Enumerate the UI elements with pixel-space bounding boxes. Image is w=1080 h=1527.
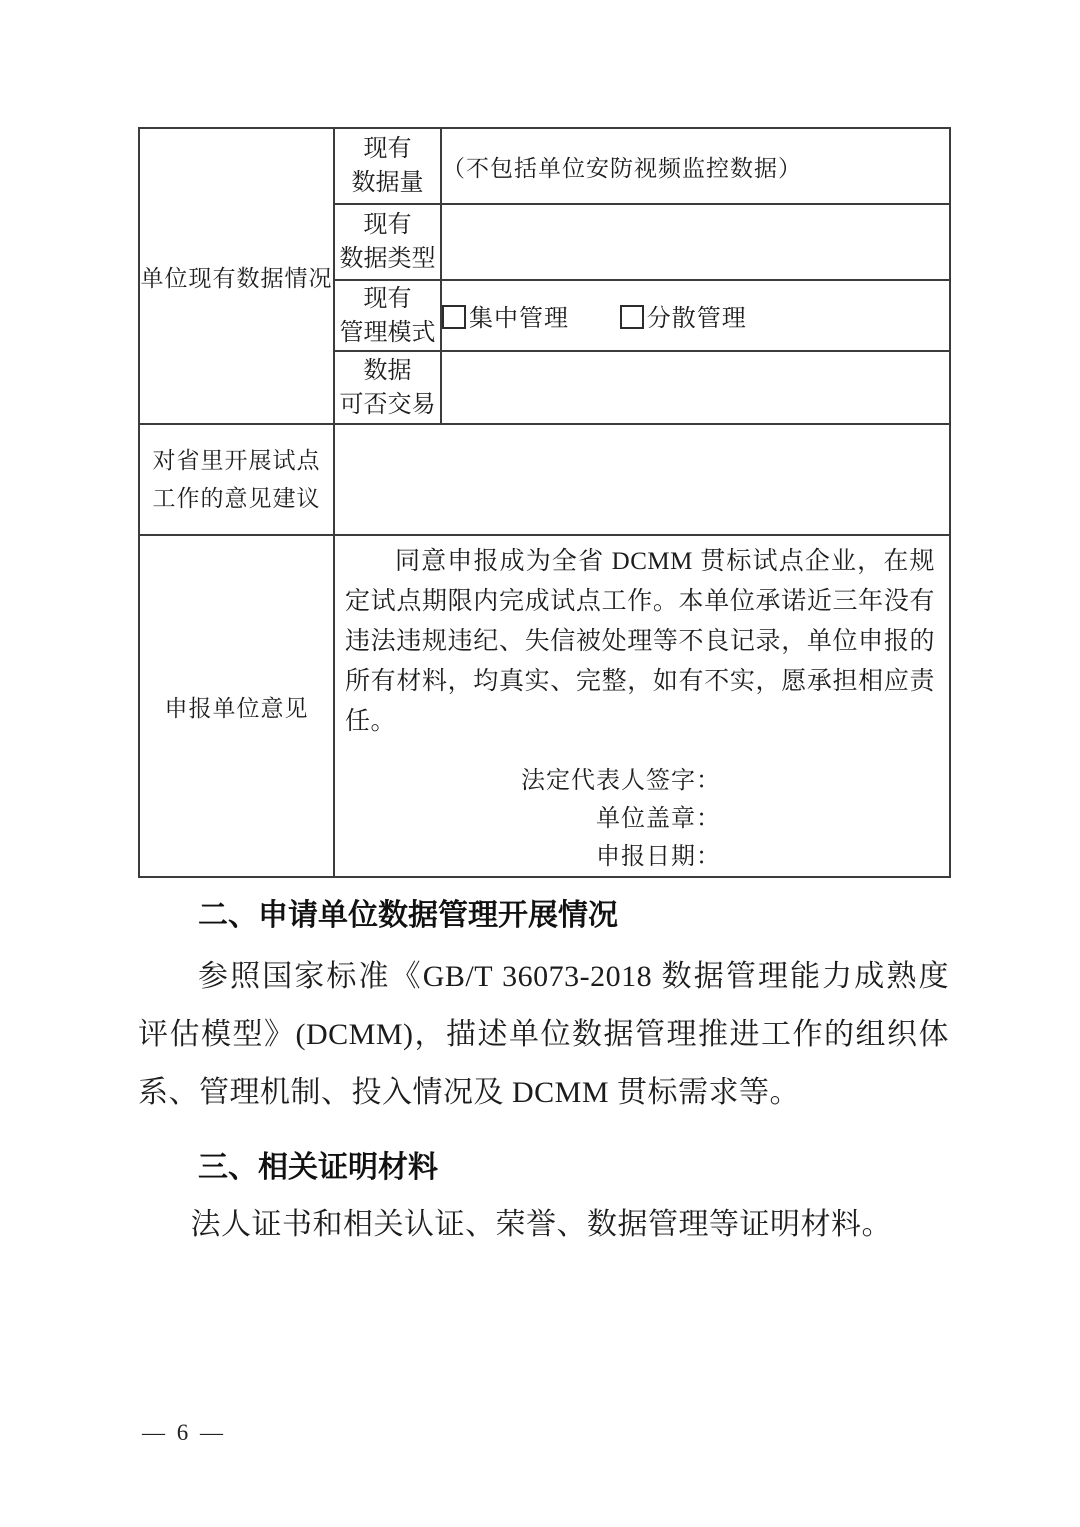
data-tradeable-label-line1: 数据 [335,354,440,388]
data-tradeable-label-line2: 可否交易 [335,388,440,422]
pilot-suggestions-label-line2: 工作的意见建议 [140,480,333,518]
section-2-heading: 二、申请单位数据管理开展情况 [138,894,949,938]
row-pilot-suggestions: 对省里开展试点 工作的意见建议 [139,424,950,535]
data-type-label-line2: 数据类型 [335,242,440,276]
management-mode-label-line1: 现有 [335,282,440,316]
legal-representative-signature-line: 法定代表人签字： [335,762,721,800]
document-page: 单位现有数据情况 现有 数据量 （不包括单位安防视频监控数据） 现有 数据类型 [0,0,1080,1527]
page-content: 单位现有数据情况 现有 数据量 （不包括单位安防视频监控数据） 现有 数据类型 [138,127,949,1248]
checkbox-icon[interactable] [442,305,466,329]
application-date-line: 申报日期： [335,838,721,876]
applicant-opinion-label-cell: 申报单位意见 [139,535,334,877]
data-volume-label-line1: 现有 [335,132,440,166]
pilot-suggestions-label-cell: 对省里开展试点 工作的意见建议 [139,424,334,535]
management-mode-value-cell: 集中管理 分散管理 [441,280,950,351]
data-volume-label-cell: 现有 数据量 [334,128,441,204]
option-centralized-label: 集中管理 [469,306,569,332]
data-type-value-cell [441,204,950,280]
applicant-opinion-value-cell: 同意申报成为全省 DCMM 贯标试点企业，在规定试点期限内完成试点工作。本单位承… [334,535,950,877]
data-volume-value-cell: （不包括单位安防视频监控数据） [441,128,950,204]
checkbox-icon[interactable] [620,305,644,329]
opinion-statement: 同意申报成为全省 DCMM 贯标试点企业，在规定试点期限内完成试点工作。本单位承… [345,542,935,742]
section-3-heading: 三、相关证明材料 [138,1146,949,1190]
unit-seal-line: 单位盖章： [335,800,721,838]
row-applicant-opinion: 申报单位意见 同意申报成为全省 DCMM 贯标试点企业，在规定试点期限内完成试点… [139,535,950,877]
page-number: — 6 — [142,1420,226,1446]
application-form-table: 单位现有数据情况 现有 数据量 （不包括单位安防视频监控数据） 现有 数据类型 [138,127,951,878]
row-existing-data-volume: 单位现有数据情况 现有 数据量 （不包括单位安防视频监控数据） [139,128,950,204]
section-3-body: 法人证书和相关认证、荣誉、数据管理等证明材料。 [138,1202,949,1248]
data-type-label-line1: 现有 [335,208,440,242]
management-mode-label-line2: 管理模式 [335,316,440,350]
pilot-suggestions-label-line1: 对省里开展试点 [140,442,333,480]
data-volume-label-line2: 数据量 [335,166,440,200]
data-type-label-cell: 现有 数据类型 [334,204,441,280]
pilot-suggestions-value-cell [334,424,950,535]
management-mode-label-cell: 现有 管理模式 [334,280,441,351]
section-2-body: 参照国家标准《GB/T 36073-2018 数据管理能力成熟度评估模型》(DC… [138,948,949,1122]
option-distributed-management[interactable]: 分散管理 [620,298,747,333]
data-tradeable-label-cell: 数据 可否交易 [334,351,441,424]
option-distributed-label: 分散管理 [647,306,747,332]
signature-block: 法定代表人签字： 单位盖章： 申报日期： [335,762,949,876]
existing-data-section-label: 单位现有数据情况 [139,128,334,424]
data-tradeable-value-cell [441,351,950,424]
option-centralized-management[interactable]: 集中管理 [442,298,569,333]
